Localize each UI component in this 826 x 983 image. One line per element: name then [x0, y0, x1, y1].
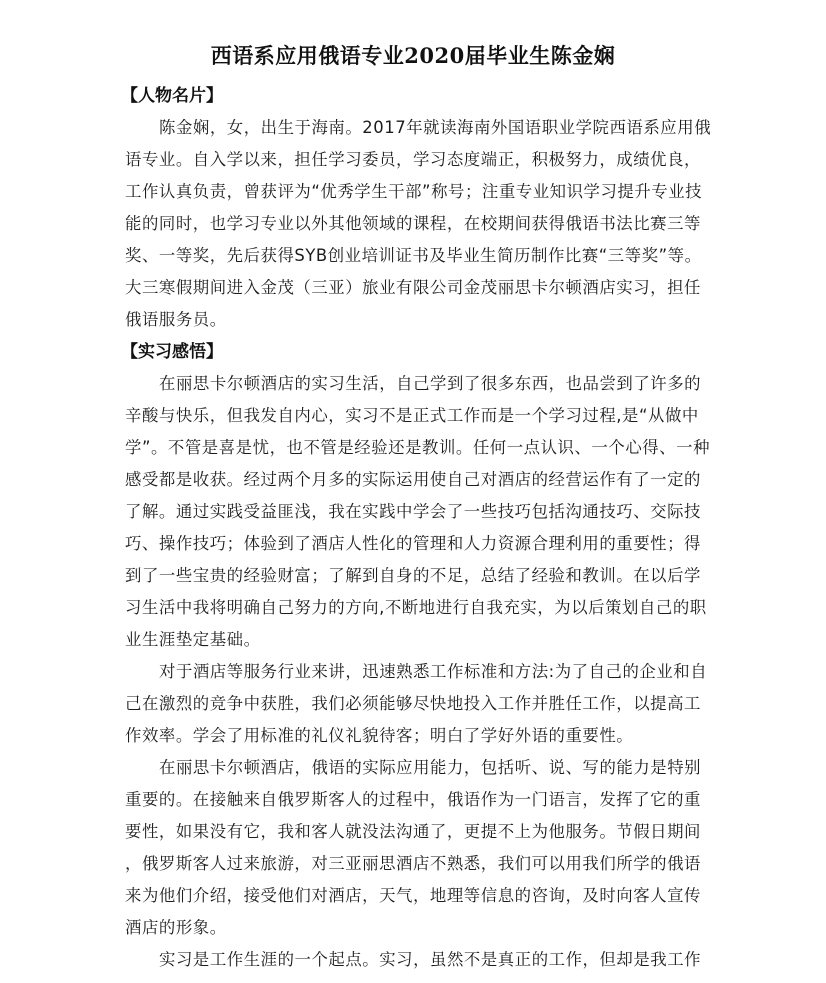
text-line: 学”。不管是喜是忧，也不管是经验还是教训。任何一点认识、一个心得、一种: [125, 432, 695, 464]
text-line: 作效率。学会了用标准的礼仪礼貌待客；明白了学好外语的重要性。: [125, 720, 695, 752]
text-line: 感受都是收获。经过两个月多的实际运用使自己对酒店的经营运作有了一定的: [125, 464, 695, 496]
text-line: 工作认真负责，曾获评为“优秀学生干部”称号；注重专业知识学习提升专业技: [125, 176, 695, 208]
text-line: 巧、操作技巧；体验到了酒店人性化的管理和人力资源合理利用的重要性；得: [125, 528, 695, 560]
text-line: 到了一些宝贵的经验财富；了解到自身的不足，总结了经验和教训。在以后学: [125, 560, 695, 592]
text-line: 来为他们介绍，接受他们对酒店，天气，地理等信息的咨询，及时向客人宣传: [125, 880, 695, 912]
document-title: 西语系应用俄语专业2020届毕业生陈金娴: [0, 41, 826, 71]
paragraph-reflection-4: 实习是工作生涯的一个起点。实习，虽然不是真正的工作，但却是我工作: [125, 944, 695, 976]
text-line: 语专业。自入学以来，担任学习委员，学习态度端正，积极努力，成绩优良，: [125, 144, 695, 176]
text-line: 俄语服务员。: [125, 304, 695, 336]
text-line: 对于酒店等服务行业来讲，迅速熟悉工作标准和方法:为了自己的企业和自: [125, 656, 695, 688]
text-line: 在丽思卡尔顿酒店，俄语的实际应用能力，包括听、说、写的能力是特别: [125, 752, 695, 784]
paragraph-reflection-1: 在丽思卡尔顿酒店的实习生活，自己学到了很多东西，也品尝到了许多的 辛酸与快乐，但…: [125, 368, 695, 656]
text-line: 酒店的形象。: [125, 912, 695, 944]
document-page: 西语系应用俄语专业2020届毕业生陈金娴 【人物名片】 陈金娴，女，出生于海南。…: [0, 0, 826, 983]
text-line: 习生活中我将明确自己努力的方向,不断地进行自我充实，为以后策划自己的职: [125, 592, 695, 624]
text-line: 己在激烈的竞争中获胜，我们必须能够尽快地投入工作并胜任工作，以提高工: [125, 688, 695, 720]
text-line: 在丽思卡尔顿酒店的实习生活，自己学到了很多东西，也品尝到了许多的: [125, 368, 695, 400]
text-line: 实习是工作生涯的一个起点。实习，虽然不是真正的工作，但却是我工作: [125, 944, 695, 976]
text-line: 奖、一等奖，先后获得SYB创业培训证书及毕业生简历制作比赛“三等奖”等。: [125, 240, 695, 272]
section-heading-internship-reflection: 【实习感悟】: [121, 336, 695, 368]
document-body: 【人物名片】 陈金娴，女，出生于海南。2017年就读海南外国语职业学院西语系应用…: [125, 80, 695, 976]
text-line: 能的同时，也学习专业以外其他领域的课程，在校期间获得俄语书法比赛三等: [125, 208, 695, 240]
paragraph-profile: 陈金娴，女，出生于海南。2017年就读海南外国语职业学院西语系应用俄 语专业。自…: [125, 112, 695, 336]
paragraph-reflection-2: 对于酒店等服务行业来讲，迅速熟悉工作标准和方法:为了自己的企业和自 己在激烈的竞…: [125, 656, 695, 752]
text-line: 陈金娴，女，出生于海南。2017年就读海南外国语职业学院西语系应用俄: [125, 112, 695, 144]
text-line: 重要的。在接触来自俄罗斯客人的过程中，俄语作为一门语言，发挥了它的重: [125, 784, 695, 816]
text-line: 业生涯垫定基础。: [125, 624, 695, 656]
section-heading-profile: 【人物名片】: [121, 80, 695, 112]
text-line: 要性，如果没有它，我和客人就没法沟通了，更提不上为他服务。节假日期间: [125, 816, 695, 848]
text-line: 了解。通过实践受益匪浅，我在实践中学会了一些技巧包括沟通技巧、交际技: [125, 496, 695, 528]
text-line: 大三寒假期间进入金茂（三亚）旅业有限公司金茂丽思卡尔顿酒店实习，担任: [125, 272, 695, 304]
paragraph-reflection-3: 在丽思卡尔顿酒店，俄语的实际应用能力，包括听、说、写的能力是特别 重要的。在接触…: [125, 752, 695, 944]
text-line: 辛酸与快乐，但我发自内心，实习不是正式工作而是一个学习过程,是“从做中: [125, 400, 695, 432]
text-line: ，俄罗斯客人过来旅游，对三亚丽思酒店不熟悉，我们可以用我们所学的俄语: [125, 848, 695, 880]
